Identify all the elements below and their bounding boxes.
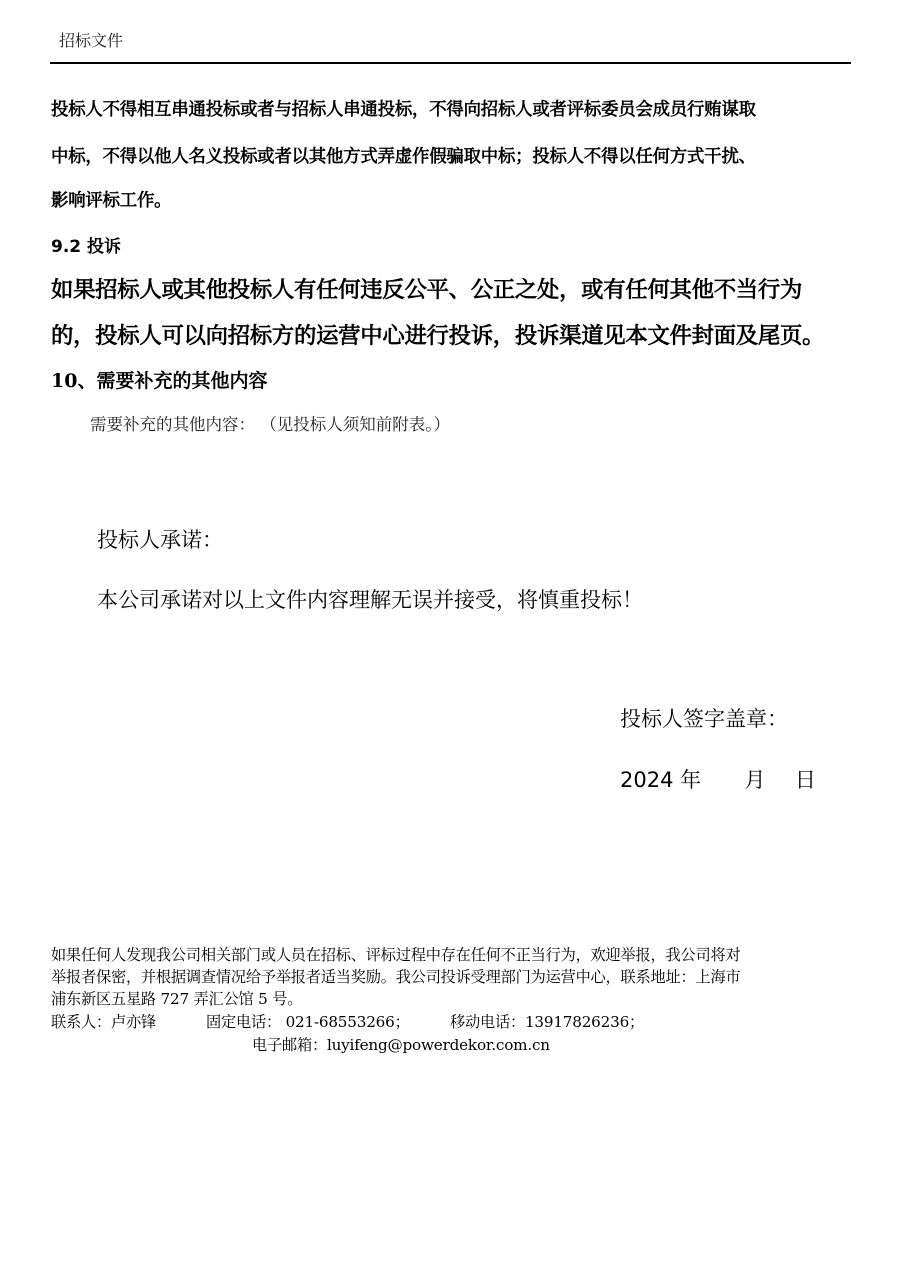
prohibition-line-3: 影响评标工作。 — [51, 186, 171, 211]
signature-date: 2024 年 月 日 — [620, 764, 816, 794]
section-9-2-heading: 9.2 投诉 — [51, 232, 121, 257]
signature-label: 投标人签字盖章： — [620, 703, 788, 733]
footer-landline: 固定电话： 021-68553266； — [206, 1011, 410, 1032]
footer-contact-person: 联系人：卢亦锋 — [51, 1011, 156, 1032]
section-10-body: 需要补充的其他内容： （见投标人须知前附表。） — [90, 411, 450, 435]
footer-mobile: 移动电话：13917826236； — [450, 1011, 644, 1032]
complaint-line-2: 的，投标人可以向招标方的运营中心进行投诉，投诉渠道见本文件封面及尾页。 — [51, 318, 824, 350]
footer-line-2: 举报者保密，并根据调查情况给予举报者适当奖励。我公司投诉受理部门为运营中心，联系… — [51, 966, 740, 987]
pledge-title: 投标人承诺： — [97, 524, 223, 554]
date-year: 2024 年 — [620, 764, 701, 794]
footer-email: 电子邮箱：luyifeng@powerdekor.com.cn — [252, 1034, 550, 1055]
date-day: 日 — [795, 764, 816, 794]
footer-line-1: 如果任何人发现我公司相关部门或人员在招标、评标过程中存在任何不正当行为，欢迎举报… — [51, 944, 740, 965]
header-title: 招标文件 — [59, 28, 123, 51]
header-divider — [50, 62, 851, 64]
prohibition-line-1: 投标人不得相互串通投标或者与招标人串通投标，不得向招标人或者评标委员会成员行贿谋… — [51, 95, 756, 120]
prohibition-line-2: 中标，不得以他人名义投标或者以其他方式弄虚作假骗取中标；投标人不得以任何方式干扰… — [51, 142, 756, 167]
footer-line-3: 浦东新区五星路 727 弄汇公馆 5 号。 — [51, 988, 302, 1009]
section-10-heading: 10、需要补充的其他内容 — [51, 366, 267, 393]
date-month: 月 — [745, 764, 766, 794]
complaint-line-1: 如果招标人或其他投标人有任何违反公平、公正之处，或有任何其他不当行为 — [51, 272, 802, 304]
pledge-body: 本公司承诺对以上文件内容理解无误并接受，将慎重投标！ — [97, 584, 643, 614]
